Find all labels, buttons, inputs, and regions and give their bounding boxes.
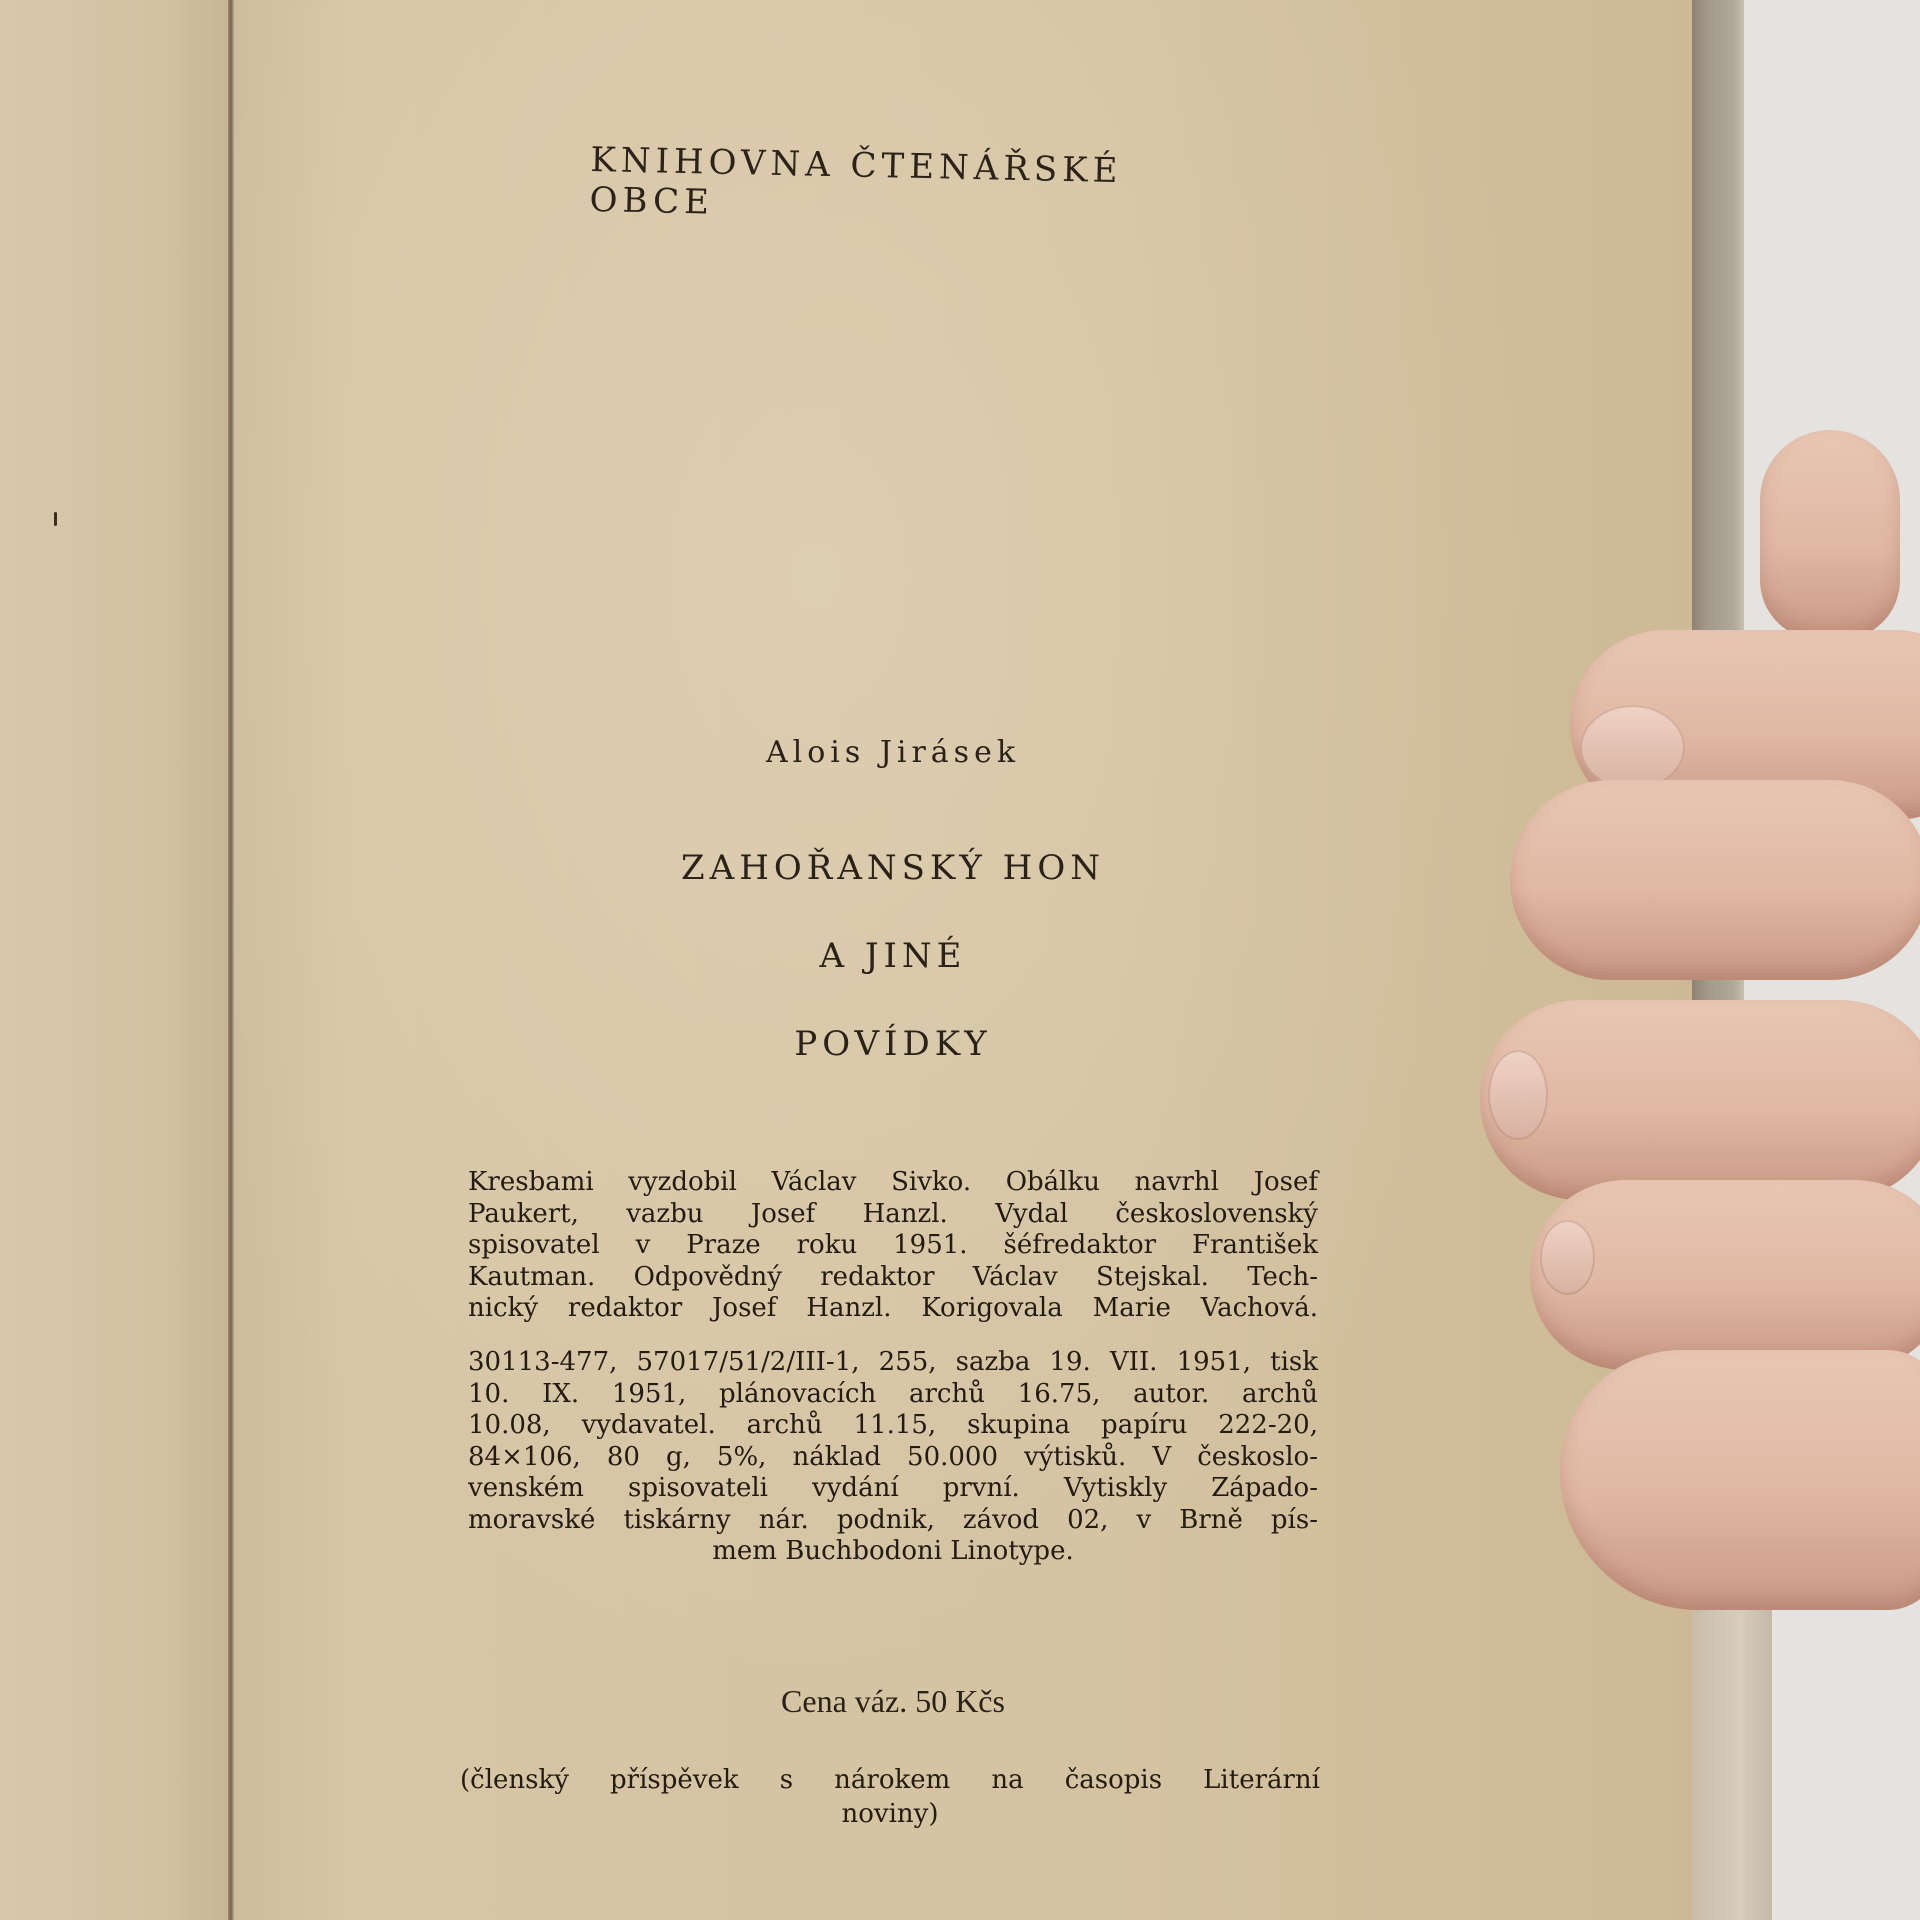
series-heading: KNIHOVNA ČTENÁŘSKÉ OBCE (589, 140, 1241, 234)
imprint-line: 84×106, 80 g, 5%, náklad 50.000 výtisků.… (468, 1442, 1318, 1474)
imprint-line: 10. IX. 1951, plánovacích archů 16.75, a… (468, 1379, 1318, 1411)
fingernail (1488, 1050, 1548, 1140)
palm (1560, 1350, 1920, 1610)
middle-finger (1510, 780, 1920, 980)
member-note: (členský příspěvek s nárokem na časopis … (460, 1763, 1320, 1831)
paper-speck (54, 512, 57, 526)
imprint-line: 30113-477, 57017/51/2/III-1, 255, sazba … (468, 1347, 1318, 1379)
fingernail (1540, 1220, 1595, 1295)
note-line: noviny) (460, 1797, 1320, 1831)
imprint-technical: 30113-477, 57017/51/2/III-1, 255, sazba … (468, 1347, 1318, 1568)
imprint-line: Paukert, vazbu Josef Hanzl. Vydal českos… (468, 1199, 1318, 1231)
title-line-2: A JINÉ (468, 936, 1318, 976)
title-line-3: POVÍDKY (468, 1024, 1318, 1064)
author-name: Alois Jirásek (468, 735, 1318, 770)
imprint-line: Kresbami vyzdobil Václav Sivko. Obálku n… (468, 1167, 1318, 1199)
left-page (0, 0, 232, 1920)
holding-hand (1480, 420, 1920, 1700)
note-line: (členský příspěvek s nárokem na časopis … (460, 1763, 1320, 1797)
book-gutter (228, 0, 234, 1920)
photo-scene: KNIHOVNA ČTENÁŘSKÉ OBCE Alois Jirásek ZA… (0, 0, 1920, 1920)
imprint-line: spisovatel v Praze roku 1951. šéfredakto… (468, 1230, 1318, 1262)
imprint-line: Kautman. Odpovědný redaktor Václav Stejs… (468, 1262, 1318, 1294)
imprint-line: 10.08, vydavatel. archů 11.15, skupina p… (468, 1410, 1318, 1442)
imprint-credits: Kresbami vyzdobil Václav Sivko. Obálku n… (468, 1167, 1318, 1325)
price: Cena váz. 50 Kčs (468, 1683, 1318, 1720)
imprint-line: moravské tiskárny nár. podnik, závod 02,… (468, 1505, 1318, 1537)
imprint-line: mem Buchbodoni Linotype. (468, 1536, 1318, 1568)
imprint-line: nický redaktor Josef Hanzl. Korigovala M… (468, 1293, 1318, 1325)
imprint-line: venském spisovateli vydání první. Vytisk… (468, 1473, 1318, 1505)
title-line-1: ZAHOŘANSKÝ HON (468, 848, 1318, 888)
fingernail (1580, 705, 1685, 790)
